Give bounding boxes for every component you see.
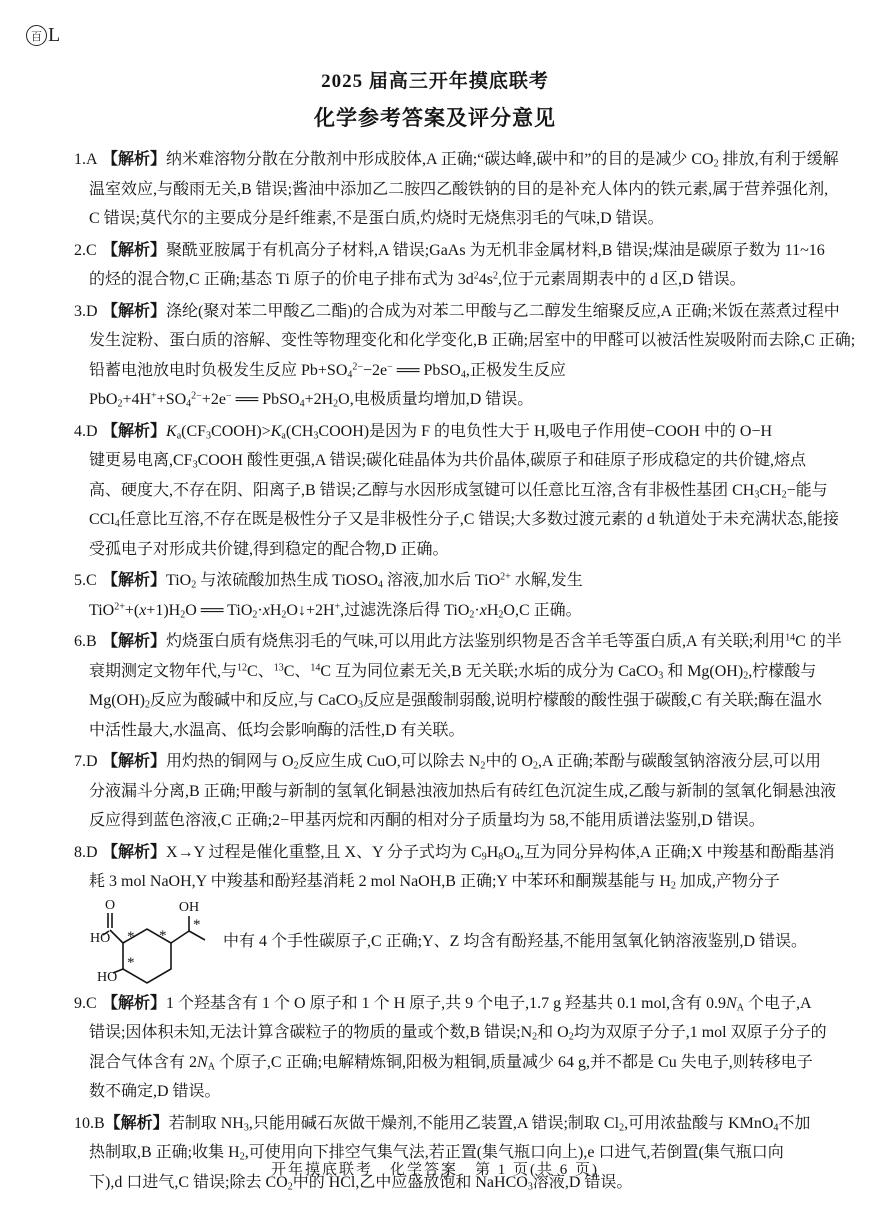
question-1: 1.A【解析】纳米难溶物分散在分散剂中形成胶体,A 正确;“碳达峰,碳中和”的目… bbox=[74, 145, 836, 234]
question-number: 7.D bbox=[74, 747, 102, 777]
chiral-mark: * bbox=[127, 955, 135, 971]
question-line: 键更易电离,CF3COOH 酸性更强,A 错误;碳化硅晶体为共价晶体,碳原子和硅… bbox=[89, 446, 836, 476]
question-line: 9.C【解析】1 个羟基含有 1 个 O 原子和 1 个 H 原子,共 9 个电… bbox=[89, 989, 836, 1019]
question-text: 1 个羟基含有 1 个 O 原子和 1 个 H 原子,共 9 个电子,1.7 g… bbox=[166, 995, 811, 1012]
question-line: CCl4任意比互溶,不存在既是极性分子又是非极性分子,C 错误;大多数过渡元素的… bbox=[89, 505, 836, 535]
question-5: 5.C【解析】TiO2 与浓硫酸加热生成 TiOSO4 溶液,加水后 TiO2+… bbox=[74, 566, 836, 625]
page-subtitle: 化学参考答案及评分意见 bbox=[0, 102, 870, 132]
question-line: 的烃的混合物,C 正确;基态 Ti 原子的价电子排布式为 3d24s2,位于元素… bbox=[89, 265, 836, 295]
acid-hydroxyl-label: HO bbox=[90, 931, 110, 946]
question-line: 6.B【解析】灼烧蛋白质有烧焦羽毛的气味,可以用此方法鉴别织物是否含羊毛等蛋白质… bbox=[89, 627, 836, 657]
question-line: 4.D【解析】Ka(CF3COOH)>Ka(CH3COOH)是因为 F 的电负性… bbox=[89, 417, 836, 447]
analysis-label: 【解析】 bbox=[102, 844, 166, 861]
electrode-equation-positive: PbO2+4H++SO42−+2e− ══ PbSO4+2H2O,电极质量均增加… bbox=[89, 385, 836, 415]
logo-circle-icon: 百 bbox=[26, 25, 47, 46]
question-10: 10.B【解析】若制取 NH3,只能用碱石灰做干燥剂,不能用乙装置,A 错误;制… bbox=[74, 1109, 836, 1198]
question-line-with-structure: O OH HO HO * * * * 中有 4 个手性碳原子,C 正确;Y、Z … bbox=[89, 897, 836, 987]
question-number: 9.C bbox=[74, 989, 102, 1019]
carbonyl-oxygen-label: O bbox=[105, 898, 115, 913]
analysis-label: 【解析】 bbox=[102, 633, 166, 650]
question-line: 受孤电子对形成共价键,得到稳定的配合物,D 正确。 bbox=[89, 535, 836, 565]
question-line: 发生淀粉、蛋白质的溶解、变性等物理变化和化学变化,B 正确;居室中的甲醛可以被活… bbox=[89, 326, 836, 356]
question-line: 耗 3 mol NaOH,Y 中羧基和酚羟基消耗 2 mol NaOH,B 正确… bbox=[89, 867, 836, 897]
question-line: 2.C【解析】聚酰亚胺属于有机高分子材料,A 错误;GaAs 为无机非金属材料,… bbox=[89, 236, 836, 266]
question-9: 9.C【解析】1 个羟基含有 1 个 O 原子和 1 个 H 原子,共 9 个电… bbox=[74, 989, 836, 1107]
question-line: 10.B【解析】若制取 NH3,只能用碱石灰做干燥剂,不能用乙装置,A 错误;制… bbox=[89, 1109, 836, 1139]
analysis-label: 【解析】 bbox=[102, 753, 166, 770]
question-number: 10.B bbox=[74, 1109, 105, 1139]
question-line: C 错误;莫代尔的主要成分是纤维素,不是蛋白质,灼烧时无烧焦羽毛的气味,D 错误… bbox=[89, 204, 836, 234]
question-7: 7.D【解析】用灼热的铜网与 O2反应生成 CuO,可以除去 N2中的 O2,A… bbox=[74, 747, 836, 836]
question-text: 聚酰亚胺属于有机高分子材料,A 错误;GaAs 为无机非金属材料,B 错误;煤油… bbox=[166, 242, 825, 259]
question-number: 3.D bbox=[74, 297, 102, 327]
question-number: 8.D bbox=[74, 838, 102, 868]
question-number: 2.C bbox=[74, 236, 102, 266]
question-line: 高、硬度大,不存在阴、阳离子,B 错误;乙醇与水因形成氢键可以任意比互溶,含有非… bbox=[89, 476, 836, 506]
question-line: 分液漏斗分离,B 正确;甲酸与新制的氢氧化铜悬浊液加热后有砖红色沉淀生成,乙酸与… bbox=[89, 777, 836, 807]
question-number: 6.B bbox=[74, 627, 102, 657]
question-3: 3.D【解析】涤纶(聚对苯二甲酸乙二酯)的合成为对苯二甲酸与乙二醇发生缩聚反应,… bbox=[74, 297, 836, 415]
analysis-label: 【解析】 bbox=[105, 1115, 169, 1132]
publisher-logo: 百L bbox=[26, 24, 60, 47]
analysis-label: 【解析】 bbox=[102, 151, 166, 168]
question-line: 7.D【解析】用灼热的铜网与 O2反应生成 CuO,可以除去 N2中的 O2,A… bbox=[89, 747, 836, 777]
question-text: TiO2 与浓硫酸加热生成 TiOSO4 溶液,加水后 TiO2+ 水解,发生 bbox=[166, 572, 583, 589]
analysis-label: 【解析】 bbox=[102, 423, 166, 440]
page-footer: 开年摸底联考 化学答案 第 1 页(共 6 页) bbox=[0, 1158, 870, 1179]
question-line: 衰期测定文物年代,与12C、13C、14C 互为同位素无关,B 无关联;水垢的成… bbox=[89, 657, 836, 687]
question-text: 涤纶(聚对苯二甲酸乙二酯)的合成为对苯二甲酸与乙二醇发生缩聚反应,A 正确;米饭… bbox=[166, 303, 840, 320]
question-number: 5.C bbox=[74, 566, 102, 596]
question-line: Mg(OH)2反应为酸碱中和反应,与 CaCO3反应是强酸制弱酸,说明柠檬酸的酸… bbox=[89, 686, 836, 716]
analysis-label: 【解析】 bbox=[102, 303, 166, 320]
question-line: 温室效应,与酸雨无关,B 错误;酱油中添加乙二胺四乙酸铁钠的目的是补充人体内的铁… bbox=[89, 175, 836, 205]
question-6: 6.B【解析】灼烧蛋白质有烧焦羽毛的气味,可以用此方法鉴别织物是否含羊毛等蛋白质… bbox=[74, 627, 836, 745]
question-line: 8.D【解析】X→Y 过程是催化重整,且 X、Y 分子式均为 C9H8O4,互为… bbox=[89, 838, 836, 868]
analysis-label: 【解析】 bbox=[102, 995, 166, 1012]
answer-sheet-page: 百L 2025 届高三开年摸底联考 化学参考答案及评分意见 1.A【解析】纳米难… bbox=[0, 0, 870, 1220]
question-text: 纳米难溶物分散在分散剂中形成胶体,A 正确;“碳达峰,碳中和”的目的是减少 CO… bbox=[166, 151, 839, 168]
question-text: X→Y 过程是催化重整,且 X、Y 分子式均为 C9H8O4,互为同分异构体,A… bbox=[166, 844, 835, 861]
answer-content: 1.A【解析】纳米难溶物分散在分散剂中形成胶体,A 正确;“碳达峰,碳中和”的目… bbox=[74, 145, 836, 1197]
question-text: 灼烧蛋白质有烧焦羽毛的气味,可以用此方法鉴别织物是否含羊毛等蛋白质,A 有关联;… bbox=[166, 633, 842, 650]
question-line: 错误;因体积未知,无法计算含碳粒子的物质的量或个数,B 错误;N2和 O2均为双… bbox=[89, 1018, 836, 1048]
question-line: 反应得到蓝色溶液,C 正确;2−甲基丙烷和丙酮的相对分子质量均为 58,不能用质… bbox=[89, 806, 836, 836]
analysis-label: 【解析】 bbox=[102, 572, 166, 589]
question-2: 2.C【解析】聚酰亚胺属于有机高分子材料,A 错误;GaAs 为无机非金属材料,… bbox=[74, 236, 836, 295]
question-line: 3.D【解析】涤纶(聚对苯二甲酸乙二酯)的合成为对苯二甲酸与乙二醇发生缩聚反应,… bbox=[89, 297, 836, 327]
question-text: 若制取 NH3,只能用碱石灰做干燥剂,不能用乙装置,A 错误;制取 Cl2,可用… bbox=[169, 1115, 811, 1132]
question-text: Ka(CF3COOH)>Ka(CH3COOH)是因为 F 的电负性大于 H,吸电… bbox=[166, 423, 772, 440]
page-title: 2025 届高三开年摸底联考 bbox=[0, 0, 870, 93]
question-text: 中有 4 个手性碳原子,C 正确;Y、Z 均含有酚羟基,不能用氢氧化钠溶液鉴别,… bbox=[223, 927, 807, 957]
logo-suffix: L bbox=[48, 24, 60, 47]
chiral-mark: * bbox=[127, 929, 135, 945]
question-line: 1.A【解析】纳米难溶物分散在分散剂中形成胶体,A 正确;“碳达峰,碳中和”的目… bbox=[89, 145, 836, 175]
ring-hydroxyl-label: HO bbox=[97, 970, 117, 985]
question-line: 中活性最大,水温高、低均会影响酶的活性,D 有关联。 bbox=[89, 716, 836, 746]
question-4: 4.D【解析】Ka(CF3COOH)>Ka(CH3COOH)是因为 F 的电负性… bbox=[74, 417, 836, 565]
question-line: 混合气体含有 2NA 个原子,C 正确;电解精炼铜,阳极为粗铜,质量减少 64 … bbox=[89, 1048, 836, 1078]
hydrolysis-equation: TiO2++(x+1)H2O ══ TiO2·xH2O↓+2H+,过滤洗涤后得 … bbox=[89, 596, 836, 626]
question-line: 5.C【解析】TiO2 与浓硫酸加热生成 TiOSO4 溶液,加水后 TiO2+… bbox=[89, 566, 836, 596]
question-number: 1.A bbox=[74, 145, 102, 175]
chiral-mark: * bbox=[193, 917, 201, 933]
question-line: 数不确定,D 错误。 bbox=[89, 1077, 836, 1107]
chemical-structure-cyclohexane-diagram: O OH HO HO * * * * bbox=[89, 897, 221, 987]
question-8: 8.D【解析】X→Y 过程是催化重整,且 X、Y 分子式均为 C9H8O4,互为… bbox=[74, 838, 836, 987]
analysis-label: 【解析】 bbox=[102, 242, 166, 259]
question-text: 用灼热的铜网与 O2反应生成 CuO,可以除去 N2中的 O2,A 正确;苯酚与… bbox=[166, 753, 821, 770]
electrode-equation-negative: 铅蓄电池放电时负极发生反应 Pb+SO42−−2e− ══ PbSO4,正极发生… bbox=[89, 356, 836, 386]
side-hydroxyl-label: OH bbox=[179, 900, 199, 915]
chiral-mark: * bbox=[159, 928, 167, 944]
question-number: 4.D bbox=[74, 417, 102, 447]
